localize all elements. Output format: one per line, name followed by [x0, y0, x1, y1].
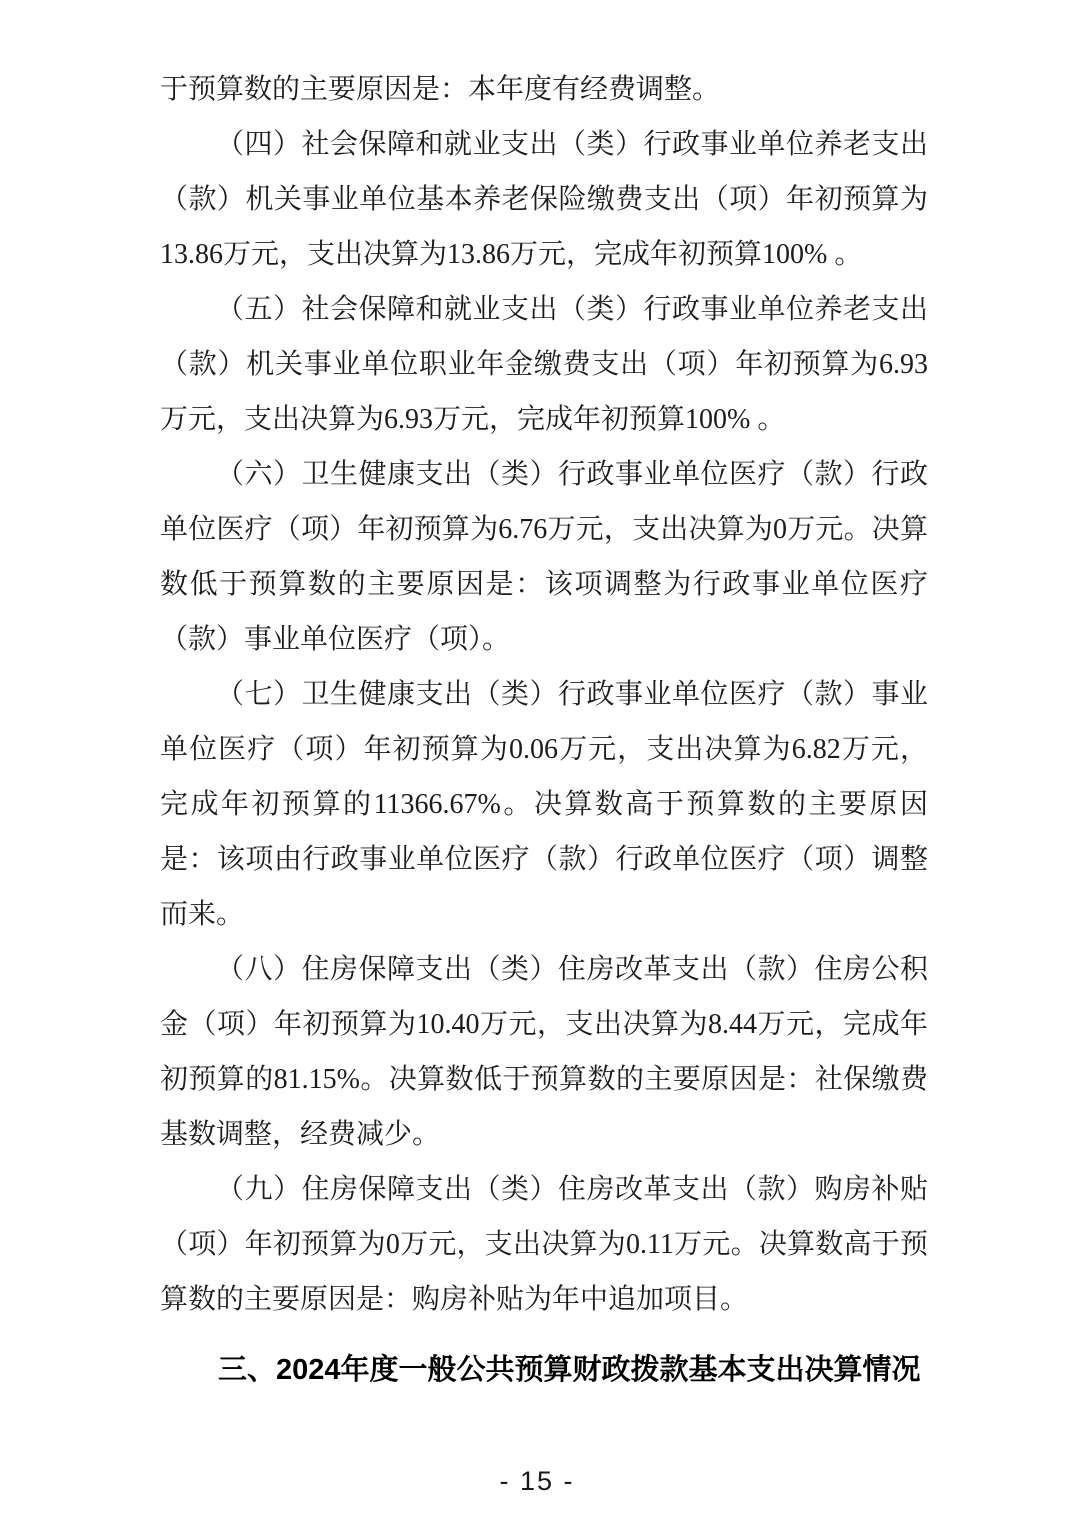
page-number: - 15 - — [0, 1466, 1074, 1497]
body-paragraph-item-5: （五）社会保障和就业支出（类）行政事业单位养老支出（款）机关事业单位职业年金缴费… — [160, 282, 928, 447]
body-paragraph-continuation: 于预算数的主要原因是：本年度有经费调整。 — [160, 62, 928, 117]
body-paragraph-item-7: （七）卫生健康支出（类）行政事业单位医疗（款）事业单位医疗（项）年初预算为0.0… — [160, 667, 928, 942]
document-body: 于预算数的主要原因是：本年度有经费调整。 （四）社会保障和就业支出（类）行政事业… — [160, 62, 928, 1399]
body-paragraph-item-6: （六）卫生健康支出（类）行政事业单位医疗（款）行政单位医疗（项）年初预算为6.7… — [160, 447, 928, 667]
body-paragraph-item-9: （九）住房保障支出（类）住房改革支出（款）购房补贴（项）年初预算为0万元，支出决… — [160, 1162, 928, 1327]
document-page: 于预算数的主要原因是：本年度有经费调整。 （四）社会保障和就业支出（类）行政事业… — [0, 0, 1074, 1520]
body-paragraph-item-8: （八）住房保障支出（类）住房改革支出（款）住房公积金（项）年初预算为10.40万… — [160, 942, 928, 1162]
body-paragraph-item-4: （四）社会保障和就业支出（类）行政事业单位养老支出（款）机关事业单位基本养老保险… — [160, 117, 928, 282]
section-heading: 三、2024年度一般公共预算财政拨款基本支出决算情况 — [160, 1341, 928, 1399]
